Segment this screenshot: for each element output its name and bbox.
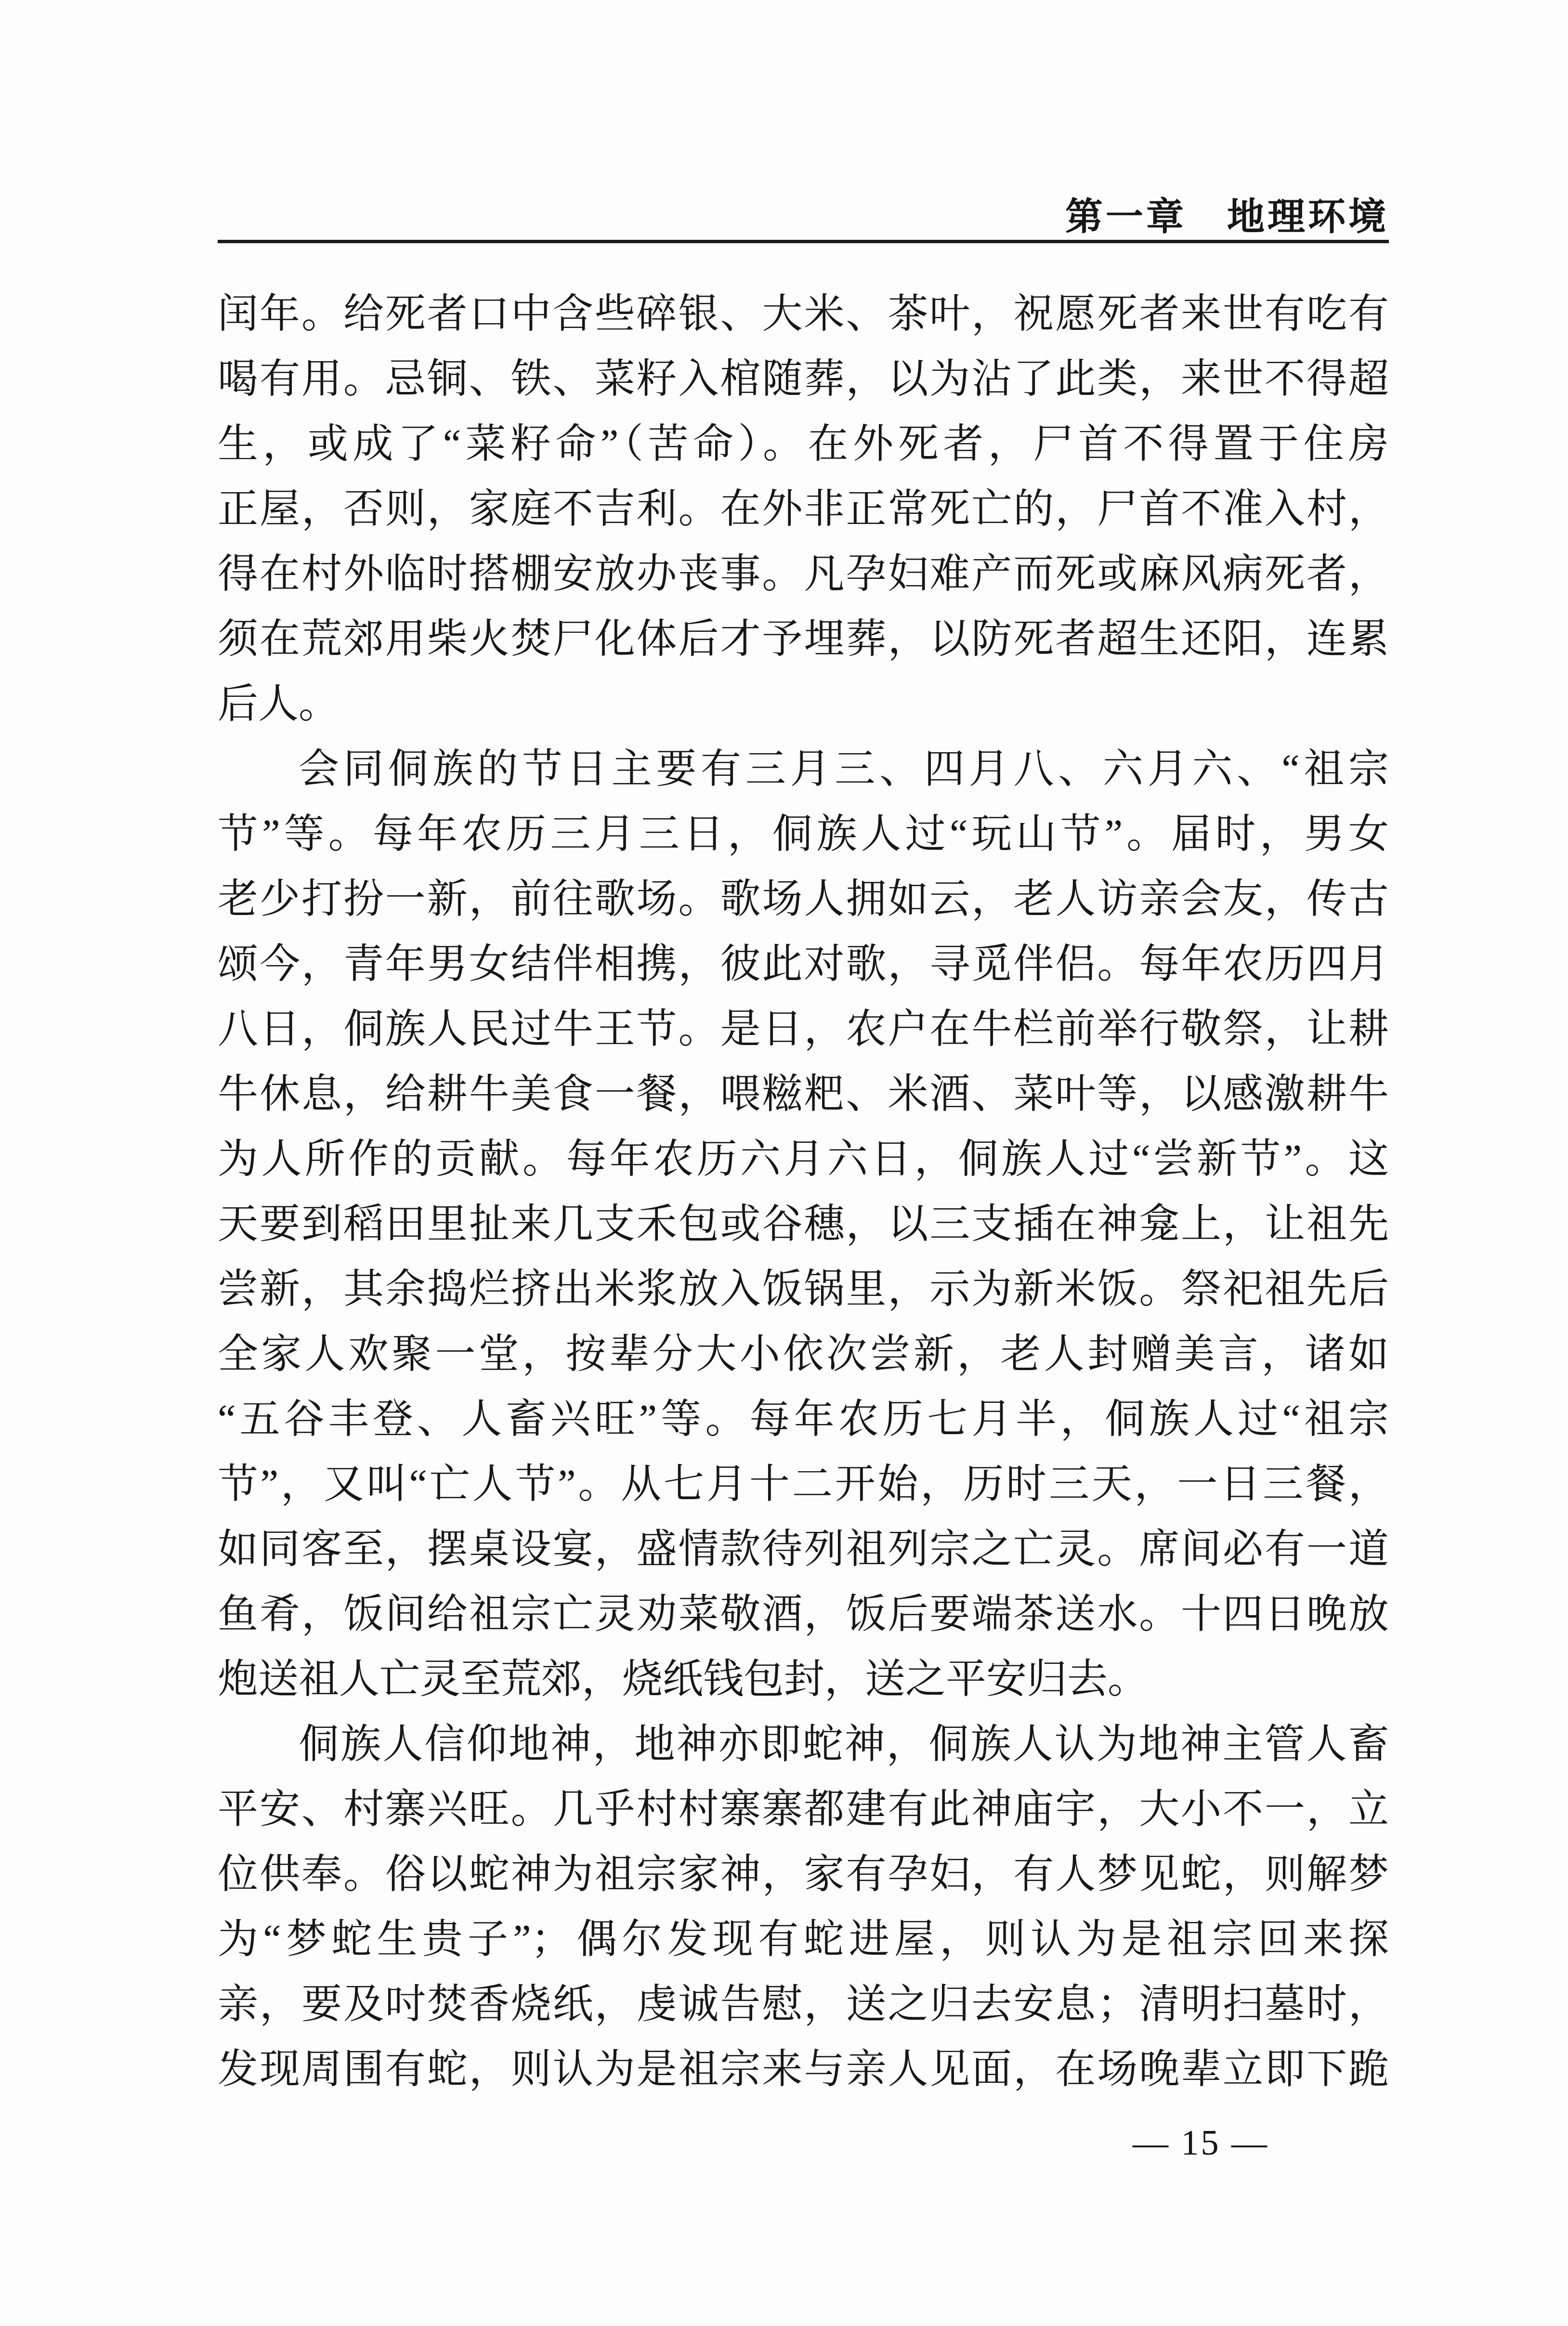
text-line: 后人。 (218, 672, 1389, 737)
text-line: 须在荒郊用柴火焚尸化体后才予埋葬，以防死者超生还阳，连累 (218, 607, 1389, 672)
text-line: 喝有用。忌铜、铁、菜籽入棺随葬，以为沾了此类，来世不得超 (218, 347, 1389, 412)
text-line: 天要到稻田里扯来几支禾包或谷穗，以三支插在神龛上，让祖先 (218, 1192, 1389, 1257)
text-line: 生，或成了“菜籽命”（苦命）。在外死者，尸首不得置于住房 (218, 412, 1389, 477)
text-line: 老少打扮一新，前往歌场。歌场人拥如云，老人访亲会友，传古 (218, 867, 1389, 932)
chapter-heading: 第一章 地理环境 (1065, 196, 1389, 238)
running-header: 第一章 地理环境 (1065, 187, 1389, 241)
text-line: 闰年。给死者口中含些碎银、大米、茶叶，祝愿死者来世有吃有 (218, 282, 1389, 347)
book-page: 第一章 地理环境 闰年。给死者口中含些碎银、大米、茶叶，祝愿死者来世有吃有 喝有… (0, 0, 1568, 2326)
text-line: 全家人欢聚一堂，按辈分大小依次尝新，老人封赠美言，诸如 (218, 1322, 1389, 1387)
text-line: 发现周围有蛇，则认为是祖宗来与亲人见面，在场晚辈立即下跪 (218, 2037, 1389, 2102)
text-line: 节”，又叫“亡人节”。从七月十二开始，历时三天，一日三餐， (218, 1452, 1389, 1517)
header-rule (218, 240, 1389, 243)
text-line: 八日，侗族人民过牛王节。是日，农户在牛栏前举行敬祭，让耕 (218, 997, 1389, 1062)
text-line: 侗族人信仰地神，地神亦即蛇神，侗族人认为地神主管人畜 (218, 1712, 1389, 1777)
text-line: 颂今，青年男女结伴相携，彼此对歌，寻觅伴侣。每年农历四月 (218, 932, 1389, 997)
text-line: 亲，要及吋焚香烧纸，虔诚告慰，送之归去安息；清明扫墓时， (218, 1972, 1389, 2037)
text-line: “五谷丰登、人畜兴旺”等。每年农历七月半，侗族人过“祖宗 (218, 1387, 1389, 1452)
text-line: 得在村外临时搭棚安放办丧事。凡孕妇难产而死或麻风病死者， (218, 542, 1389, 607)
text-line: 平安、村寨兴旺。几乎村村寨寨都建有此神庙宇，大小不一，立 (218, 1777, 1389, 1842)
text-line: 为“梦蛇生贵子”；偶尔发现有蛇进屋，则认为是祖宗回来探 (218, 1907, 1389, 1972)
page-body: 闰年。给死者口中含些碎银、大米、茶叶，祝愿死者来世有吃有 喝有用。忌铜、铁、菜籽… (218, 282, 1389, 2102)
text-line: 如同客至，摆桌设宴，盛情款待列祖列宗之亡灵。席间必有一道 (218, 1517, 1389, 1582)
text-line: 鱼肴，饭间给祖宗亡灵劝菜敬酒，饭后要端茶送水。十四日晚放 (218, 1582, 1389, 1647)
text-line: 会同侗族的节日主要有三月三、四月八、六月六、“祖宗 (218, 737, 1389, 802)
text-line: 节”等。每年农历三月三日，侗族人过“玩山节”。届时，男女 (218, 802, 1389, 867)
text-line: 牛休息，给耕牛美食一餐，喂糍粑、米酒、菜叶等，以感激耕牛 (218, 1062, 1389, 1127)
text-line: 炮送祖人亡灵至荒郊，烧纸钱包封，送之平安归去。 (218, 1647, 1389, 1712)
text-line: 正屋，否则，家庭不吉利。在外非正常死亡的，尸首不准入村， (218, 477, 1389, 542)
page-number: — 15 — (1133, 2123, 1269, 2163)
page-footer: — 15 — (1133, 2123, 1269, 2164)
text-line: 尝新，其余捣烂挤出米浆放入饭锅里，示为新米饭。祭祀祖先后 (218, 1257, 1389, 1322)
text-line: 为人所作的贡献。每年农历六月六日，侗族人过“尝新节”。这 (218, 1127, 1389, 1192)
text-line: 位供奉。俗以蛇神为祖宗家神，家有孕妇，有人梦见蛇，则解梦 (218, 1842, 1389, 1907)
